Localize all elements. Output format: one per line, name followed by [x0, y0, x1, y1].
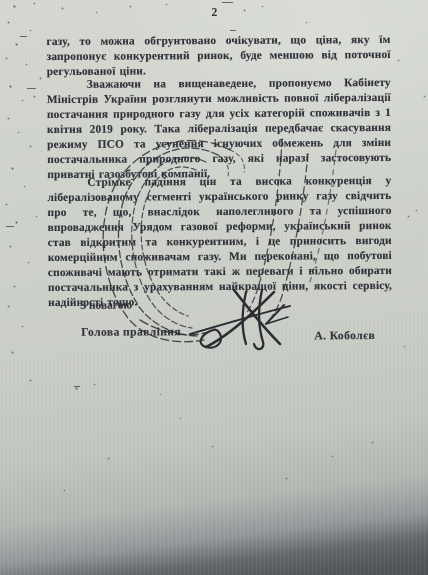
closing-salutation: З повагою — [80, 300, 132, 312]
paragraph-1: газу, то можна обгрунтовано очікувати, щ… — [46, 33, 390, 80]
letter-page: 2 газу, то можна обгрунтовано очікувати,… — [0, 0, 428, 575]
paragraph-3: Стрімке падіння цін та висока конкуренці… — [47, 174, 392, 311]
signer-title: Голова правління — [81, 325, 181, 339]
document-photo: 2 газу, то можна обгрунтовано очікувати,… — [0, 0, 428, 575]
paragraph-2: Зважаючи на вищенаведене, пропонуємо Каб… — [47, 76, 392, 183]
signer-name: А. Коболєв — [314, 329, 375, 342]
page-number: 2 — [211, 5, 217, 20]
